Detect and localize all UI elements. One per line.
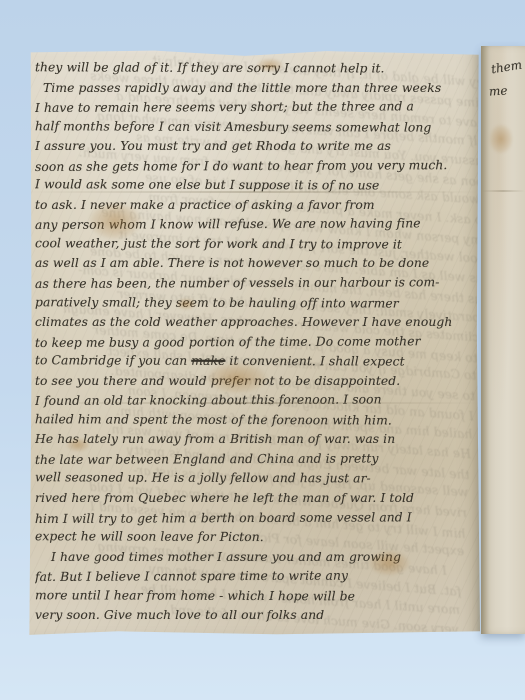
- letter-line: He has lately run away from a British ma…: [35, 430, 478, 450]
- letter-line: to keep me busy a good portion of the ti…: [35, 332, 478, 353]
- letter-line: I have good times mother I assure you an…: [35, 548, 478, 568]
- letter-line: expect he will soon leave for Picton.: [35, 527, 478, 548]
- letter-line: more until I hear from home - which I ho…: [35, 586, 478, 607]
- paper-stain: [368, 550, 410, 576]
- letter-line: half months before I can visit Amesbury …: [35, 117, 478, 138]
- horizontal-fold-crease: [481, 190, 525, 192]
- paper-stain: [206, 362, 268, 394]
- paper-stain: [176, 298, 196, 310]
- letter-line: I assure you. You must try and get Rhoda…: [35, 137, 478, 157]
- letter-line: hailed him and spent the most of the for…: [35, 410, 478, 431]
- letter-line: him I will try to get him a berth on boa…: [35, 508, 478, 529]
- letter-line: I would ask some one else but I suppose …: [35, 176, 478, 197]
- fold-text-fragment: me: [489, 83, 508, 98]
- fold-text-fragment: them: [490, 58, 523, 77]
- paper-stain: [489, 124, 513, 154]
- letter-line: as there has been, the number of vessels…: [35, 273, 478, 294]
- horizontal-fold-crease: [28, 402, 480, 404]
- paper-stain: [66, 438, 90, 452]
- horizontal-fold-crease: [28, 191, 480, 193]
- letter-page: they will be glad of it. If they are sor…: [28, 50, 480, 636]
- letter-text: they will be glad of it. If they are sor…: [35, 59, 478, 632]
- letter-line: the late war between England and China a…: [35, 449, 478, 470]
- letter-line: climates as the cold weather approaches.…: [35, 313, 478, 333]
- letter-line: very soon. Give much love to all our fol…: [35, 606, 478, 626]
- letter-line: well seasoned up. He is a jolly fellow a…: [35, 469, 478, 490]
- folded-page-edge: them me: [481, 46, 525, 634]
- letter-line: fat. But I believe I cannot spare time t…: [35, 566, 478, 587]
- letter-line: rived here from Quebec where he left the…: [35, 489, 478, 509]
- letter-line: paratively small; they seem to be haulin…: [35, 293, 478, 314]
- letter-line: Time passes rapidly away and the little …: [35, 79, 478, 99]
- letter-line: as well as I am able. There is not howev…: [35, 254, 478, 274]
- letter-line: soon as she gets home for I do want to h…: [35, 156, 478, 177]
- photo-background: { "meta": { "description": "Photograph o…: [0, 0, 525, 700]
- paper-stain: [88, 202, 142, 240]
- paper-stain: [256, 58, 284, 72]
- letter-line: I have to remain here seems very short; …: [35, 97, 478, 118]
